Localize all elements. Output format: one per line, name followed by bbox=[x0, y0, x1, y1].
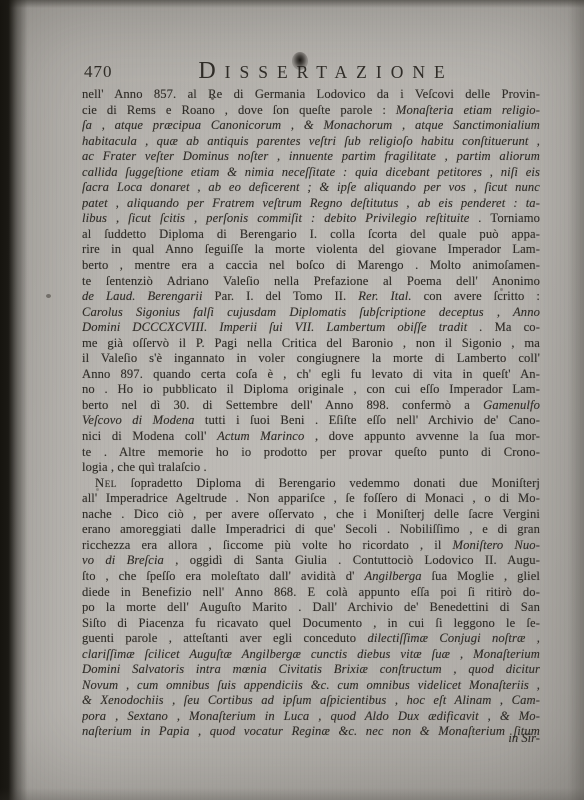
text-line: clariſſimæ ſcilicet Auguſtæ Angilbergæ c… bbox=[82, 647, 540, 663]
italic-text-segment: Angilberga bbox=[364, 569, 421, 583]
text-line: Novum , cum omnibus ſuis appendiciis &c.… bbox=[82, 678, 540, 694]
text-line: ſto , che ſpeſſo era moleſtato dall' avi… bbox=[82, 569, 540, 585]
italic-text-segment: callida ſuggeſtione etiam & nimia neceſſ… bbox=[82, 165, 540, 179]
text-body: nell' Anno 857. al Re di Germania Lodovi… bbox=[82, 87, 540, 740]
text-segment: il Valeſio s'è ingannato in voler congiu… bbox=[82, 351, 540, 365]
text-line: ricchezza era allora , ſiccome più volte… bbox=[82, 538, 540, 554]
text-segment: al ſuddetto Diploma di Berengario I. col… bbox=[82, 227, 540, 241]
text-segment: cie di Rems e Roano , dove ſon queſte pa… bbox=[82, 103, 396, 117]
text-segment: tutti i ſuoi Beni . Eſiſte eſſo nell' Ar… bbox=[195, 413, 541, 427]
text-line: vo di Breſcia , oggidì di Santa Giulia .… bbox=[82, 553, 540, 569]
italic-text-segment: habitacula , quæ ab antiquis parentes ve… bbox=[82, 134, 540, 148]
text-line: po la morte dell' Auguſto Marito . Dall'… bbox=[82, 600, 540, 616]
right-edge-shadow bbox=[568, 0, 584, 800]
text-segment: no . Ho io pubblicato il Diploma origina… bbox=[82, 382, 540, 396]
text-segment: berto nel dì 30. di Settembre dell' Anno… bbox=[82, 398, 483, 412]
italic-text-segment: Domini DCCCXCVIII. Imperii ſui VII. Lamb… bbox=[82, 320, 483, 334]
text-line: no . Ho io pubblicato il Diploma origina… bbox=[82, 382, 540, 398]
binding-edge-shadow bbox=[0, 0, 28, 800]
italic-text-segment: Carolus Sigonius falſi cujusdam Diplomat… bbox=[82, 305, 540, 319]
bottom-edge-shadow bbox=[0, 788, 584, 800]
text-line: te ſentenziò Adriano Valeſio nella Prefa… bbox=[82, 274, 540, 290]
text-segment: Par. I. del Tomo II. bbox=[203, 289, 359, 303]
text-segment: berto , mentre era a caccia nel boſco di… bbox=[82, 258, 540, 272]
running-title-rest: ISSERTAZIONE bbox=[225, 62, 454, 82]
text-line: me già oſſervò il P. Pagi nella Critica … bbox=[82, 336, 540, 352]
text-segment: nell' Anno 857. al Re di Germania Lodovi… bbox=[82, 87, 540, 101]
text-line: Nel ſopradetto Diploma di Berengario ved… bbox=[82, 476, 540, 492]
text-segment: Siſto di Piacenza fu ricavato quel Docum… bbox=[82, 616, 540, 630]
text-segment: guenti parole , atteſtanti aver egli con… bbox=[82, 631, 367, 645]
paper-speck bbox=[46, 294, 51, 298]
italic-text-segment: ac Frater veſter Dominus noſter , innuen… bbox=[82, 149, 540, 163]
text-line: & Xenodochiis , ſeu Cortibus ad ipſum aſ… bbox=[82, 693, 540, 709]
text-line: diede in Benefizio nell' Anno 868. E col… bbox=[82, 585, 540, 601]
italic-text-segment: Moniſtero Nuo- bbox=[453, 538, 540, 552]
italic-text-segment: libus , ſicut ſcitis , perſonis commiſit… bbox=[82, 211, 482, 225]
text-segment: te . Altre memorie ho io prodotto per pr… bbox=[82, 445, 540, 459]
text-segment: diede in Benefizio nell' Anno 868. E col… bbox=[82, 585, 540, 599]
text-segment: , oggidì di Santa Giulia . Contuttociò L… bbox=[164, 553, 540, 567]
italic-text-segment: de Laud. Berengarii bbox=[82, 289, 203, 303]
text-segment: ſua Moglie , gliel bbox=[422, 569, 540, 583]
page-header: 470 DISSERTAZIONE bbox=[82, 58, 540, 84]
text-segment: Torniamo bbox=[482, 211, 540, 225]
text-segment: Ma co- bbox=[483, 320, 540, 334]
text-line: te . Altre memorie ho io prodotto per pr… bbox=[82, 445, 540, 461]
text-line: nache . Dico ciò , per avere oſſervato ,… bbox=[82, 507, 540, 523]
italic-text-segment: Rer. Ital. bbox=[358, 289, 411, 303]
text-segment: ſto , che ſpeſſo era moleſtato dall' avi… bbox=[82, 569, 364, 583]
text-segment: ſopradetto Diploma di Berengario vedemmo… bbox=[117, 476, 540, 490]
text-line: al ſuddetto Diploma di Berengario I. col… bbox=[82, 227, 540, 243]
text-segment: Anno 897. quando certa coſa è , ch' egli… bbox=[82, 367, 540, 381]
text-line: berto , mentre era a caccia nel boſco di… bbox=[82, 258, 540, 274]
running-title-initial: D bbox=[198, 58, 224, 84]
text-line: nici di Modena coll' Actum Marinco , dov… bbox=[82, 429, 540, 445]
text-line: Veſcovo di Modena tutti i ſuoi Beni . Eſ… bbox=[82, 413, 540, 429]
text-line: ac Frater veſter Dominus noſter , innuen… bbox=[82, 149, 540, 165]
text-segment: erano amoreggiati dalle Imperadrici di q… bbox=[82, 522, 540, 536]
text-line: de Laud. Berengarii Par. I. del Tomo II.… bbox=[82, 289, 540, 305]
text-line: Anno 897. quando certa coſa è , ch' egli… bbox=[82, 367, 540, 383]
text-line: erano amoreggiati dalle Imperadrici di q… bbox=[82, 522, 540, 538]
text-line: Domini DCCCXCVIII. Imperii ſui VII. Lamb… bbox=[82, 320, 540, 336]
text-segment: Nel bbox=[95, 476, 117, 490]
italic-text-segment: patet , aliquando per Fratrem veſtrum Re… bbox=[82, 196, 540, 210]
text-segment: me già oſſervò il P. Pagi nella Critica … bbox=[82, 336, 540, 350]
text-line: patet , aliquando per Fratrem veſtrum Re… bbox=[82, 196, 540, 212]
italic-text-segment: & Xenodochiis , ſeu Cortibus ad ipſum aſ… bbox=[82, 693, 540, 707]
text-line: Domini Salvatoris intra mœnia Civitatis … bbox=[82, 662, 540, 678]
text-segment: logia , che quì tralaſcio . bbox=[82, 460, 207, 474]
text-line: il Valeſio s'è ingannato in voler congiu… bbox=[82, 351, 540, 367]
text-line: all' Imperadrice Ageltrude . Non appariſ… bbox=[82, 491, 540, 507]
text-segment: con avere ſcritto : bbox=[412, 289, 540, 303]
text-line: logia , che quì tralaſcio . bbox=[82, 460, 540, 476]
italic-text-segment: ſa , atque præcipua Canonicorum , & Mona… bbox=[82, 118, 540, 132]
text-line: berto nel dì 30. di Settembre dell' Anno… bbox=[82, 398, 540, 414]
text-line: rire in qual Anno ſeguiſſe la morte viol… bbox=[82, 242, 540, 258]
text-line: ſacra Loca donaret , ab eo deficerent ; … bbox=[82, 180, 540, 196]
italic-text-segment: ſacra Loca donaret , ab eo deficerent ; … bbox=[82, 180, 540, 194]
italic-text-segment: Novum , cum omnibus ſuis appendiciis &c.… bbox=[82, 678, 540, 692]
italic-text-segment: Monaſteria etiam religio- bbox=[396, 103, 540, 117]
text-line: callida ſuggeſtione etiam & nimia neceſſ… bbox=[82, 165, 540, 181]
text-line: cie di Rems e Roano , dove ſon queſte pa… bbox=[82, 103, 540, 119]
text-segment: ricchezza era allora , ſiccome più volte… bbox=[82, 538, 453, 552]
text-line: ſa , atque præcipua Canonicorum , & Mona… bbox=[82, 118, 540, 134]
text-line: nell' Anno 857. al Re di Germania Lodovi… bbox=[82, 87, 540, 103]
italic-text-segment: pora , Sextano , Monaſterium in Luca , q… bbox=[82, 709, 540, 723]
italic-text-segment: Veſcovo di Modena bbox=[82, 413, 195, 427]
text-segment: te ſentenziò Adriano Valeſio nella Prefa… bbox=[82, 274, 540, 288]
text-segment: all' Imperadrice Ageltrude . Non appariſ… bbox=[82, 491, 540, 505]
catchword: in Sir- bbox=[82, 731, 540, 746]
text-line: habitacula , quæ ab antiquis parentes ve… bbox=[82, 134, 540, 150]
text-line: libus , ſicut ſcitis , perſonis commiſit… bbox=[82, 211, 540, 227]
text-segment: rire in qual Anno ſeguiſſe la morte viol… bbox=[82, 242, 540, 256]
ink-blot bbox=[292, 52, 308, 70]
running-title: DISSERTAZIONE bbox=[112, 58, 540, 85]
italic-text-segment: Actum Marinco bbox=[217, 429, 304, 443]
text-segment: po la morte dell' Auguſto Marito . Dall'… bbox=[82, 600, 540, 614]
text-segment: , dove appunto avvenne la ſua mor- bbox=[304, 429, 540, 443]
text-segment: nache . Dico ciò , per avere oſſervato ,… bbox=[82, 507, 540, 521]
italic-text-segment: dilectiſſimæ Conjugi noſtræ , bbox=[367, 631, 540, 645]
text-line: Carolus Sigonius falſi cujusdam Diplomat… bbox=[82, 305, 540, 321]
italic-text-segment: Gamenulfo bbox=[483, 398, 540, 412]
text-line: Siſto di Piacenza fu ricavato quel Docum… bbox=[82, 616, 540, 632]
text-segment: nici di Modena coll' bbox=[82, 429, 217, 443]
page-number: 470 bbox=[84, 62, 113, 82]
italic-text-segment: Domini Salvatoris intra mœnia Civitatis … bbox=[82, 662, 540, 676]
book-page-scan: 470 DISSERTAZIONE nell' Anno 857. al Re … bbox=[0, 0, 584, 800]
italic-text-segment: vo di Breſcia bbox=[82, 553, 164, 567]
text-line: guenti parole , atteſtanti aver egli con… bbox=[82, 631, 540, 647]
italic-text-segment: clariſſimæ ſcilicet Auguſtæ Angilbergæ c… bbox=[82, 647, 540, 661]
top-edge-shadow bbox=[0, 0, 584, 8]
text-line: pora , Sextano , Monaſterium in Luca , q… bbox=[82, 709, 540, 725]
